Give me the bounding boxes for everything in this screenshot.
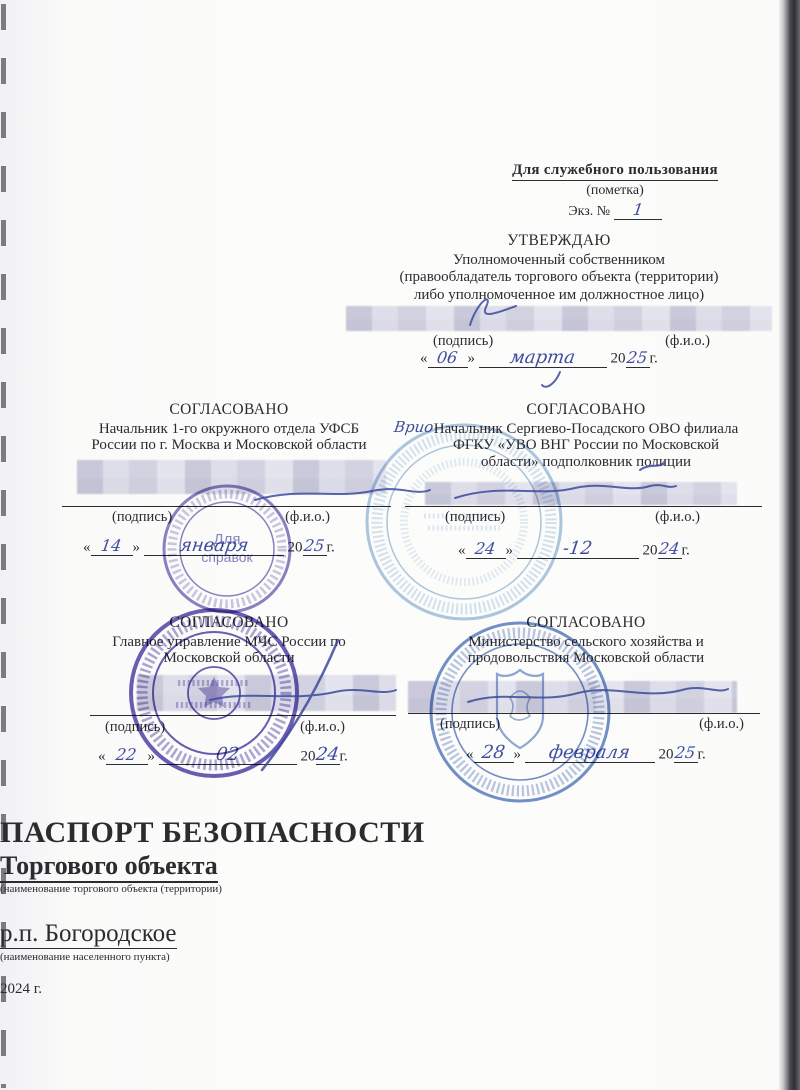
- sign-label: (подпись): [440, 716, 500, 733]
- name-label: (ф.и.о.): [285, 509, 330, 526]
- classification-text: Для служебного пользования: [512, 162, 718, 181]
- sign-label: (подпись): [445, 509, 505, 526]
- handwritten-year: 25: [626, 350, 648, 365]
- handwritten-year: 24: [315, 747, 340, 762]
- handwritten-vrio: Врио: [393, 420, 434, 435]
- quote-open: «: [83, 540, 91, 556]
- month-underline: -12: [517, 541, 639, 559]
- name-label: (ф.и.о.): [665, 333, 710, 351]
- handwritten-year: 25: [674, 745, 696, 760]
- year-underline: 25: [674, 745, 698, 763]
- month-underline: марта: [479, 350, 607, 368]
- agreed-date-row: «22» 02 2024г.: [62, 747, 396, 765]
- agreed-block-ufsb: СОГЛАСОВАНО Начальник 1-го окружного отд…: [62, 402, 396, 577]
- day-underline: 22: [106, 747, 148, 765]
- name-label: (ф.и.о.): [300, 719, 345, 736]
- copy-number-handwritten: 1: [631, 202, 643, 217]
- quote-open: «: [98, 749, 106, 765]
- quote-open: «: [458, 543, 466, 559]
- year-suffix: г.: [682, 543, 690, 559]
- year-prefix: 20: [301, 749, 316, 765]
- sign-label: (подпись): [112, 509, 172, 526]
- handwritten-year: 25: [303, 538, 325, 553]
- agreed-org-line: ФГКУ «УВО ВНГ России по Московской: [400, 437, 772, 454]
- settlement-name-text: р.п. Богородское: [0, 920, 177, 949]
- subtitle-caption: (наименование торгового объекта (террито…: [0, 883, 790, 895]
- signature-line: [408, 713, 760, 714]
- approve-line: Уполномоченный собственником: [338, 252, 780, 270]
- name-label: (ф.и.о.): [655, 509, 700, 526]
- classification-block: Для служебного пользования (пометка) Экз…: [470, 162, 760, 220]
- agreed-block-ovo: СОГЛАСОВАНО Врио Начальник Сергиево-Поса…: [400, 402, 772, 577]
- sign-label: (подпись): [105, 719, 165, 736]
- scanned-document-page: Для служебного пользования (пометка) Экз…: [0, 0, 800, 1090]
- quote-close: »: [133, 540, 141, 556]
- year-suffix: г.: [327, 540, 335, 556]
- agreed-heading: СОГЛАСОВАНО: [62, 615, 396, 632]
- signature-labels: (подпись) (ф.и.о.): [400, 716, 772, 733]
- name-label: (ф.и.о.): [699, 716, 744, 733]
- year-underline: 25: [626, 350, 650, 368]
- copy-number-line: Экз. № 1: [470, 202, 760, 220]
- document-title: ПАСПОРТ БЕЗОПАСНОСТИ: [0, 816, 790, 850]
- agreed-org-line: Начальник Сергиево-Посадского ОВО филиал…: [400, 421, 772, 438]
- month-underline: 02: [159, 747, 297, 765]
- month-underline: января: [144, 538, 284, 556]
- year-underline: 24: [658, 541, 682, 559]
- document-year: 2024 г.: [0, 981, 790, 998]
- agreed-org-line: Московской области: [62, 650, 396, 667]
- agreed-org-line: Начальник 1-го окружного отдела УФСБ: [62, 421, 396, 438]
- handwritten-day: 06: [436, 350, 458, 365]
- agreed-org-line: Министерство сельского хозяйства и: [400, 634, 772, 651]
- quote-close: »: [148, 749, 156, 765]
- signature-line: [90, 715, 396, 716]
- handwritten-month: февраля: [548, 745, 631, 760]
- approve-line: либо уполномоченное им должностное лицо): [338, 287, 780, 305]
- redacted-signatory-name: [408, 681, 737, 713]
- year-prefix: 20: [659, 747, 674, 763]
- year-prefix: 20: [611, 351, 626, 367]
- approve-heading: УТВЕРЖДАЮ: [338, 232, 780, 250]
- settlement-name: р.п. Богородское: [0, 920, 790, 948]
- copy-number-underline: 1: [614, 202, 662, 220]
- redacted-signatory-name: [425, 482, 737, 505]
- agreed-org-line: Главное управление МЧС России по: [62, 634, 396, 651]
- month-underline: февраля: [525, 745, 655, 763]
- day-underline: 14: [91, 538, 133, 556]
- approve-block: УТВЕРЖДАЮ Уполномоченный собственником (…: [338, 232, 780, 304]
- agreed-block-mchs: СОГЛАСОВАНО Главное управление МЧС Росси…: [62, 615, 396, 785]
- copy-label: Экз. №: [568, 204, 610, 219]
- year-underline: 25: [303, 538, 327, 556]
- handwritten-day: 24: [474, 541, 496, 556]
- agreed-date-row: «14» января 2025г.: [62, 538, 396, 556]
- year-suffix: г.: [698, 747, 706, 763]
- signature-labels: (подпись) (ф.и.о.): [62, 719, 396, 736]
- agreed-org-line: России по г. Москва и Московской области: [62, 437, 396, 454]
- handwritten-day: 22: [115, 747, 137, 762]
- quote-close: »: [514, 747, 522, 763]
- agreed-block-minselhoz: СОГЛАСОВАНО Министерство сельского хозяй…: [400, 615, 772, 785]
- approve-date-row: «06» марта 2025г.: [338, 350, 780, 368]
- redacted-signatory-name: [137, 675, 396, 711]
- agreed-heading: СОГЛАСОВАНО: [400, 402, 772, 419]
- signature-labels: (подпись) (ф.и.о.): [400, 509, 772, 526]
- handwritten-month: 02: [215, 747, 240, 762]
- handwritten-month: -12: [562, 541, 593, 556]
- day-underline: 28: [474, 745, 514, 763]
- agreed-org-line: продовольствия Московской области: [400, 650, 772, 667]
- quote-open: «: [466, 747, 474, 763]
- year-suffix: г.: [650, 351, 658, 367]
- handwritten-month: марта: [509, 350, 576, 365]
- year-prefix: 20: [288, 540, 303, 556]
- day-underline: 06: [428, 350, 468, 368]
- redacted-signatory-name: [77, 460, 386, 494]
- quote-close: »: [468, 351, 476, 367]
- quote-close: »: [506, 543, 514, 559]
- signature-line: [405, 506, 762, 507]
- year-underline: 24: [316, 747, 340, 765]
- classification-note: (пометка): [470, 183, 760, 199]
- agreed-heading: СОГЛАСОВАНО: [62, 402, 396, 419]
- handwritten-year: 24: [658, 541, 680, 556]
- signature-labels: (подпись) (ф.и.о.): [62, 509, 396, 526]
- approve-line: (правообладатель торгового объекта (терр…: [338, 269, 780, 287]
- signature-line: [62, 506, 391, 507]
- handwritten-month: января: [178, 538, 249, 553]
- settlement-caption: (наименование населенного пункта): [0, 951, 790, 963]
- document-subtitle-text: Торгового объекта: [0, 851, 218, 883]
- agreed-org-line: области» подполковник полиции: [400, 454, 772, 471]
- year-prefix: 20: [643, 543, 658, 559]
- year-suffix: г.: [340, 749, 348, 765]
- agreed-heading: СОГЛАСОВАНО: [400, 615, 772, 632]
- day-underline: 24: [466, 541, 506, 559]
- scan-edge-shadow: [778, 0, 800, 1090]
- agreed-date-row: «24» -12 2024г.: [400, 541, 772, 559]
- agreed-date-row: «28» февраля 2025г.: [400, 745, 772, 763]
- handwritten-day: 14: [100, 538, 122, 553]
- redacted-signatory-name: [346, 306, 772, 331]
- quote-open: «: [420, 351, 428, 367]
- document-subtitle: Торгового объекта: [0, 851, 790, 881]
- handwritten-day: 28: [481, 745, 506, 760]
